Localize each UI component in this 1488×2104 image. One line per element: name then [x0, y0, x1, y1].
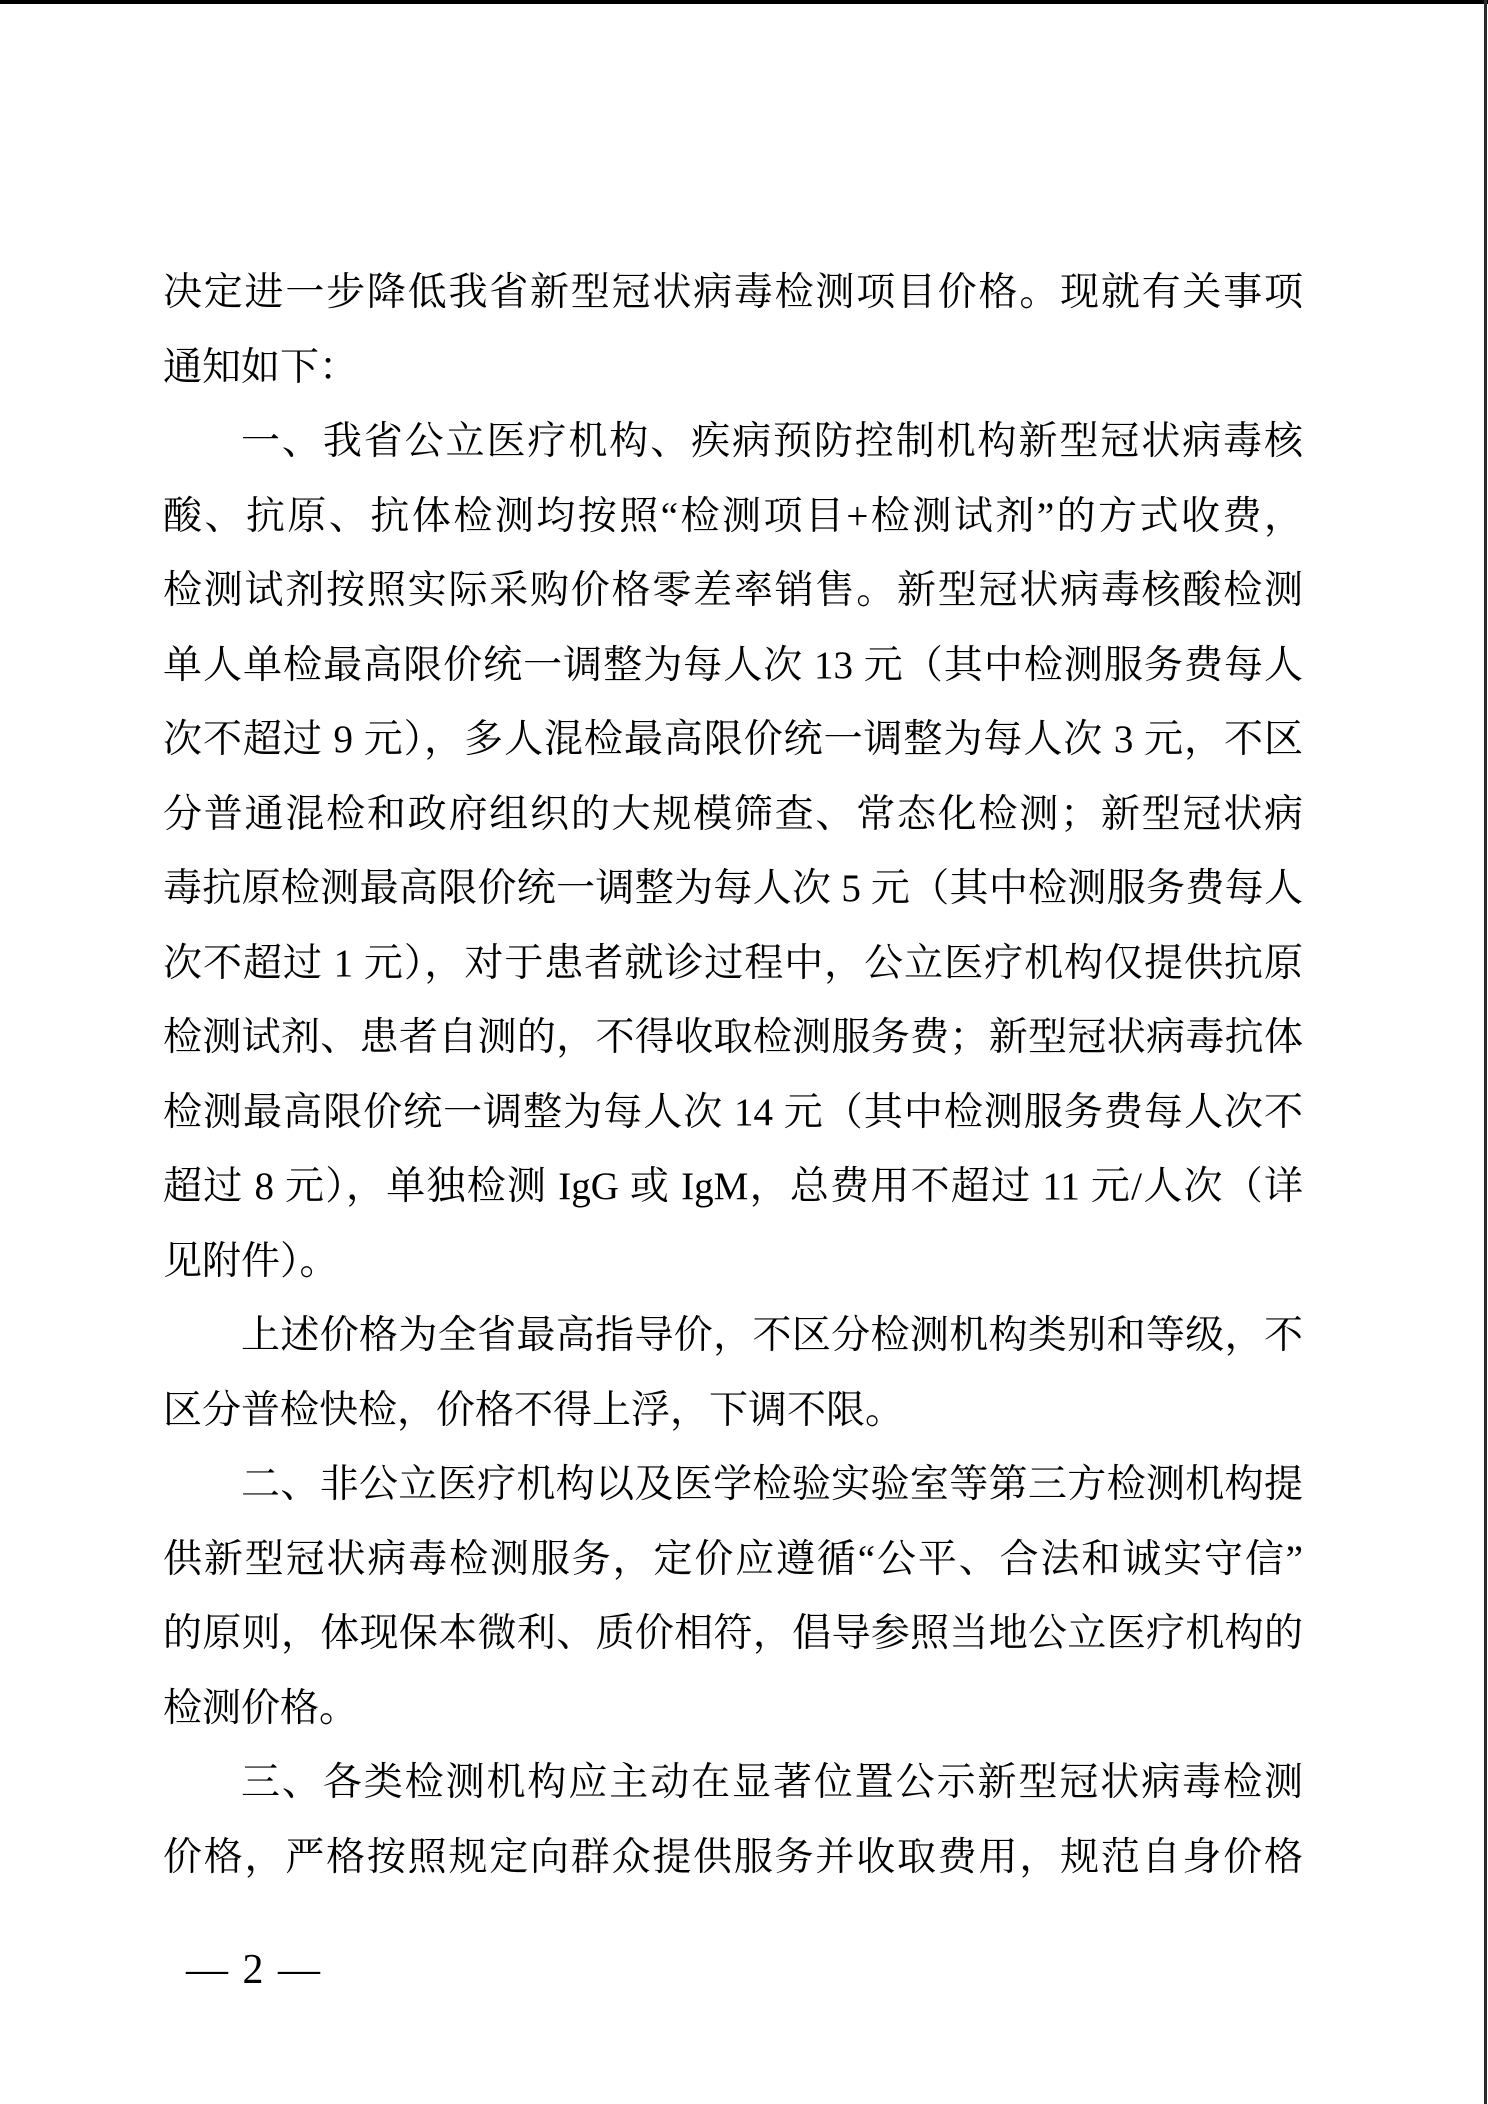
text-line: 单人单检最高限价统一调整为每人次 13 元（其中检测服务费每人	[163, 629, 1303, 704]
text-line: 见附件）。	[163, 1225, 1303, 1300]
scan-edge-top	[0, 0, 1488, 4]
text-line: 检测试剂、患者自测的，不得收取检测服务费；新型冠状病毒抗体	[163, 1001, 1303, 1076]
text-line: 价格，严格按照规定向群众提供服务并收取费用，规范自身价格	[163, 1821, 1303, 1896]
text-line: 次不超过 1 元），对于患者就诊过程中，公立医疗机构仅提供抗原	[163, 927, 1303, 1002]
text-line: 检测试剂按照实际采购价格零差率销售。新型冠状病毒核酸检测	[163, 554, 1303, 629]
scanned-document-page: 决定进一步降低我省新型冠状病毒检测项目价格。现就有关事项 通知如下： 一、我省公…	[0, 0, 1488, 2104]
text-line: 通知如下：	[163, 331, 1303, 406]
text-line: 供新型冠状病毒检测服务，定价应遵循“公平、合法和诚实守信”	[163, 1523, 1303, 1598]
text-line: 一、我省公立医疗机构、疾病预防控制机构新型冠状病毒核	[163, 405, 1303, 480]
text-line: 分普通混检和政府组织的大规模筛查、常态化检测；新型冠状病	[163, 778, 1303, 853]
scan-edge-right	[1484, 0, 1487, 2104]
text-line: 检测价格。	[163, 1672, 1303, 1747]
text-line: 的原则，体现保本微利、质价相符，倡导参照当地公立医疗机构的	[163, 1597, 1303, 1672]
text-line: 酸、抗原、抗体检测均按照“检测项目+检测试剂”的方式收费，	[163, 480, 1303, 555]
page-number: — 2 —	[186, 1942, 322, 1998]
text-line: 决定进一步降低我省新型冠状病毒检测项目价格。现就有关事项	[163, 256, 1303, 331]
text-line: 次不超过 9 元），多人混检最高限价统一调整为每人次 3 元，不区	[163, 703, 1303, 778]
text-line: 二、非公立医疗机构以及医学检验实验室等第三方检测机构提	[163, 1448, 1303, 1523]
text-line: 区分普检快检，价格不得上浮，下调不限。	[163, 1374, 1303, 1449]
text-line: 超过 8 元），单独检测 IgG 或 IgM，总费用不超过 11 元/人次（详	[163, 1150, 1303, 1225]
text-line: 上述价格为全省最高指导价，不区分检测机构类别和等级，不	[163, 1299, 1303, 1374]
document-body: 决定进一步降低我省新型冠状病毒检测项目价格。现就有关事项 通知如下： 一、我省公…	[163, 256, 1303, 1895]
text-line: 毒抗原检测最高限价统一调整为每人次 5 元（其中检测服务费每人	[163, 852, 1303, 927]
text-line: 检测最高限价统一调整为每人次 14 元（其中检测服务费每人次不	[163, 1076, 1303, 1151]
text-line: 三、各类检测机构应主动在显著位置公示新型冠状病毒检测	[163, 1746, 1303, 1821]
